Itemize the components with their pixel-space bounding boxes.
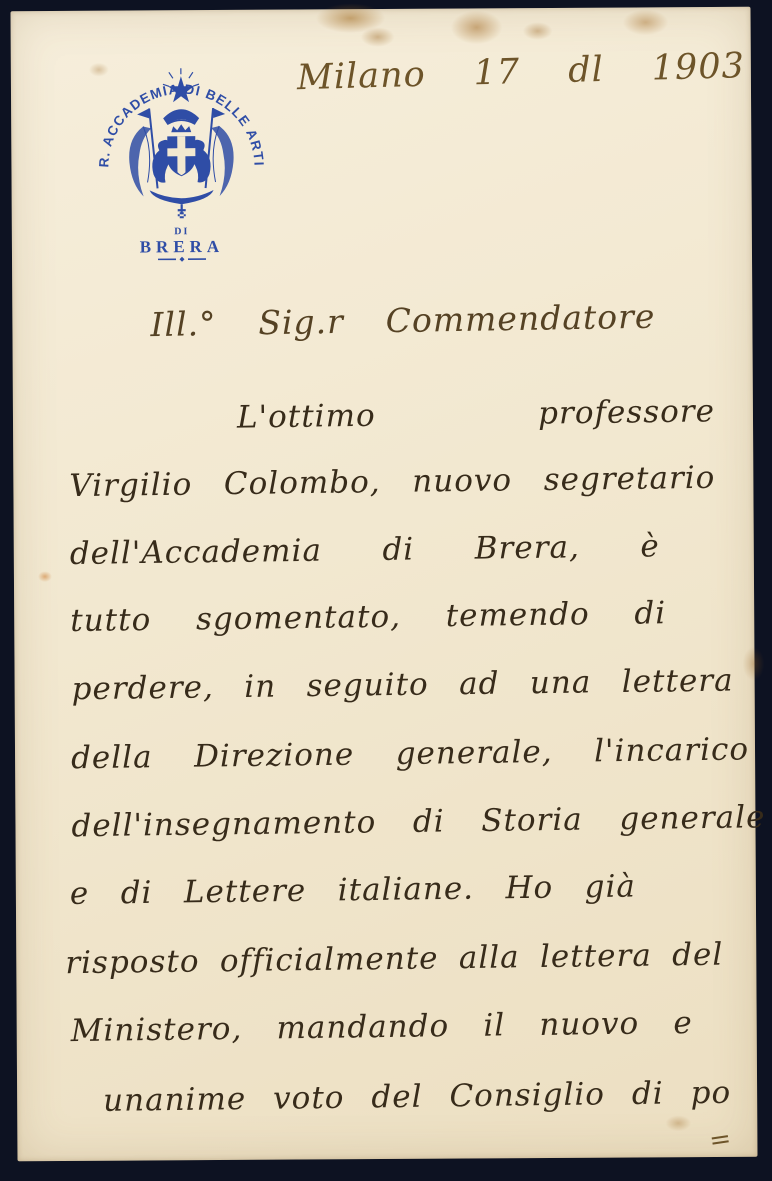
letterhead-brera: BRERA [140,237,225,257]
body-line: Ministero, mandando il nuovo e [70,1005,692,1049]
letterhead-crest: R. ACCADEMIA DI BELLE ARTI DI BRERA [83,62,279,268]
letterhead-rule [158,257,206,262]
letterhead-di: DI [174,226,189,237]
foxing-stain [742,647,764,681]
foxing-stain [38,571,52,582]
body-line: tutto sgomentato, temendo di [70,595,666,639]
foxing-stain [361,27,395,47]
salutation: Ill.° Sig.r Commendatore [150,297,656,344]
body-line: unanime voto del Consiglio di po [103,1075,731,1119]
body-line: dell'Accademia di Brera, è [70,528,660,572]
body-line: Virgilio Colombo, nuovo segretario [69,460,715,504]
foxing-stain [450,10,502,44]
body-line: L'ottimo professore [237,393,715,435]
letter-paper: R. ACCADEMIA DI BELLE ARTI DI BRERA Mila… [10,7,757,1161]
foxing-stain [523,22,553,40]
body-line: della Direzione generale, l'incarico [71,731,749,776]
body-line: e di Lettere italiane. Ho già [70,868,636,911]
body-line: risposto officialmente alla lettera del [65,937,723,982]
body-line: perdere, in seguito ad una lettera [71,663,733,708]
body-line: dell'insegnamento di Storia generale [71,799,765,844]
foxing-stain [622,9,668,35]
foxing-stain [665,1115,691,1131]
foxing-stain [315,3,385,33]
hyphenation-continuation-mark: = [707,1124,733,1157]
scan-background: { "document": { "type": "handwritten-let… [0,0,772,1181]
dateline: Milano 17 dl 1903 [296,46,745,98]
